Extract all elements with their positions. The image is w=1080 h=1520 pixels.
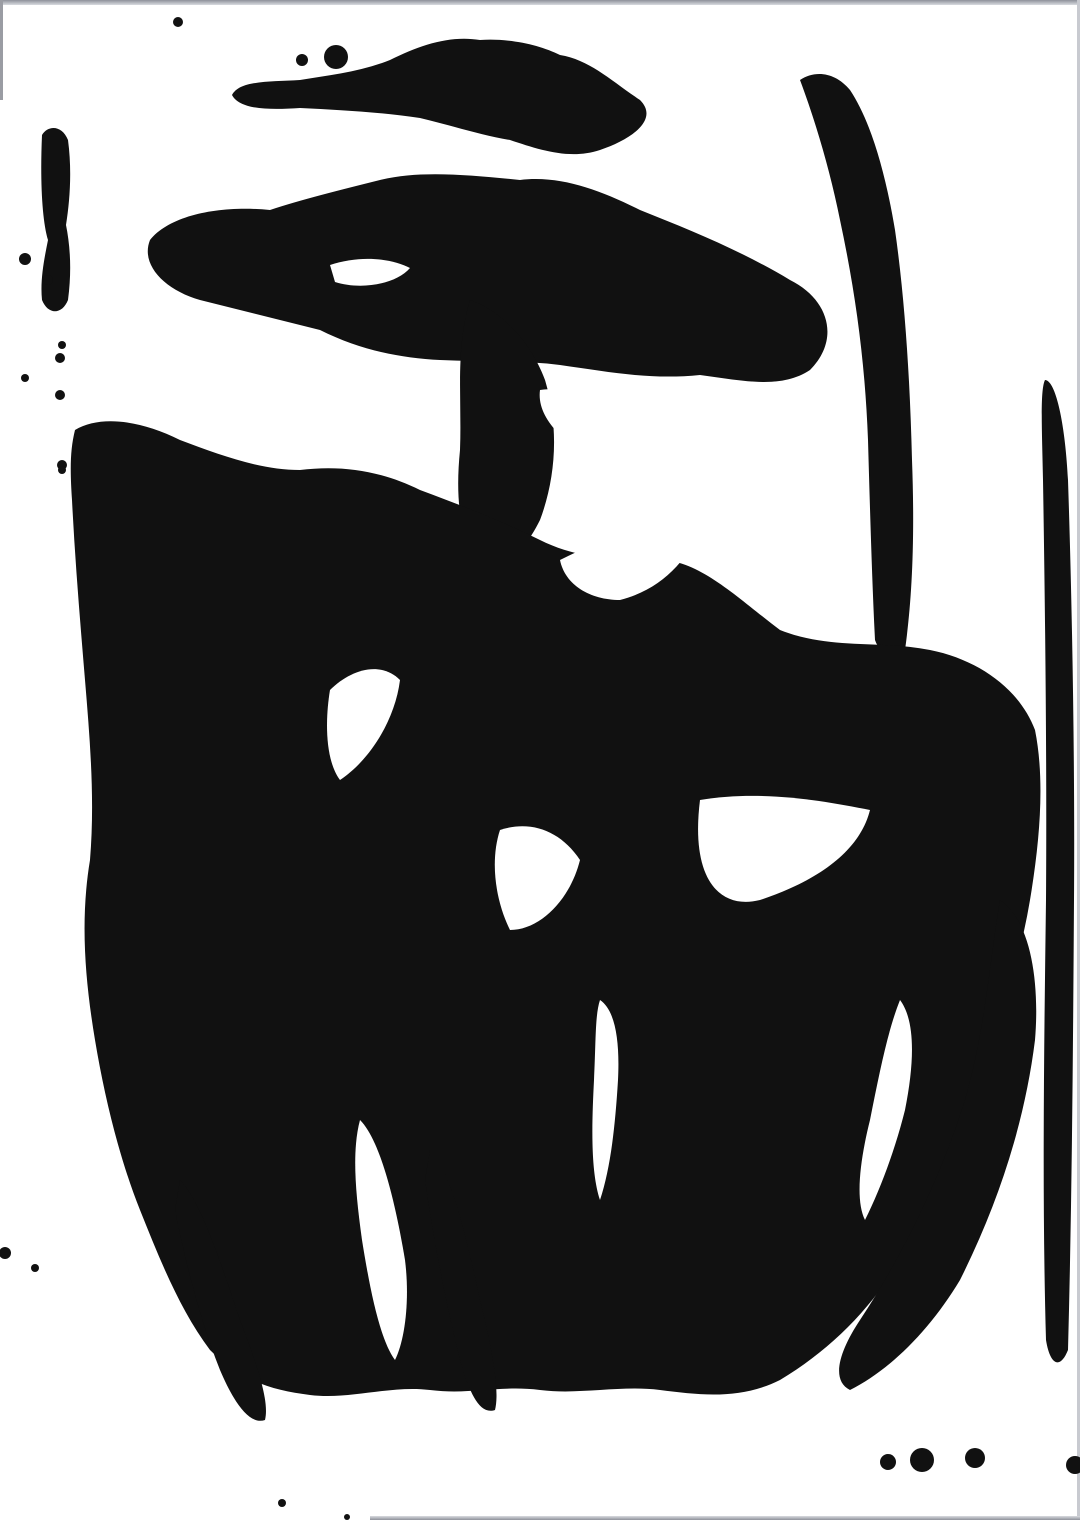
ink-painting <box>0 0 1080 1520</box>
highlight-upper <box>540 389 650 436</box>
right-edge-band <box>1042 380 1074 1362</box>
drip-dot <box>278 1499 286 1507</box>
drip-dot <box>0 1247 11 1259</box>
drip-dot <box>21 374 29 382</box>
drip-dot <box>55 390 65 400</box>
drip-dot <box>55 353 65 363</box>
drip-dot <box>58 466 66 474</box>
drip-dot <box>31 1264 39 1272</box>
drip-dot <box>344 1514 350 1520</box>
drip-dot <box>880 1454 896 1470</box>
drip-dot <box>1066 1456 1080 1474</box>
drip-dot <box>324 45 348 69</box>
drip-dot <box>43 275 53 285</box>
ink-strokes <box>0 17 1080 1520</box>
drip-dot <box>965 1448 985 1468</box>
drip-dot <box>296 54 308 66</box>
top-cloud-stroke <box>232 39 646 154</box>
right-vertical-stroke <box>800 74 913 655</box>
drip-dot <box>910 1448 934 1472</box>
drip-dot <box>19 253 31 265</box>
drip-dot <box>58 341 66 349</box>
drip-dot <box>173 17 183 27</box>
